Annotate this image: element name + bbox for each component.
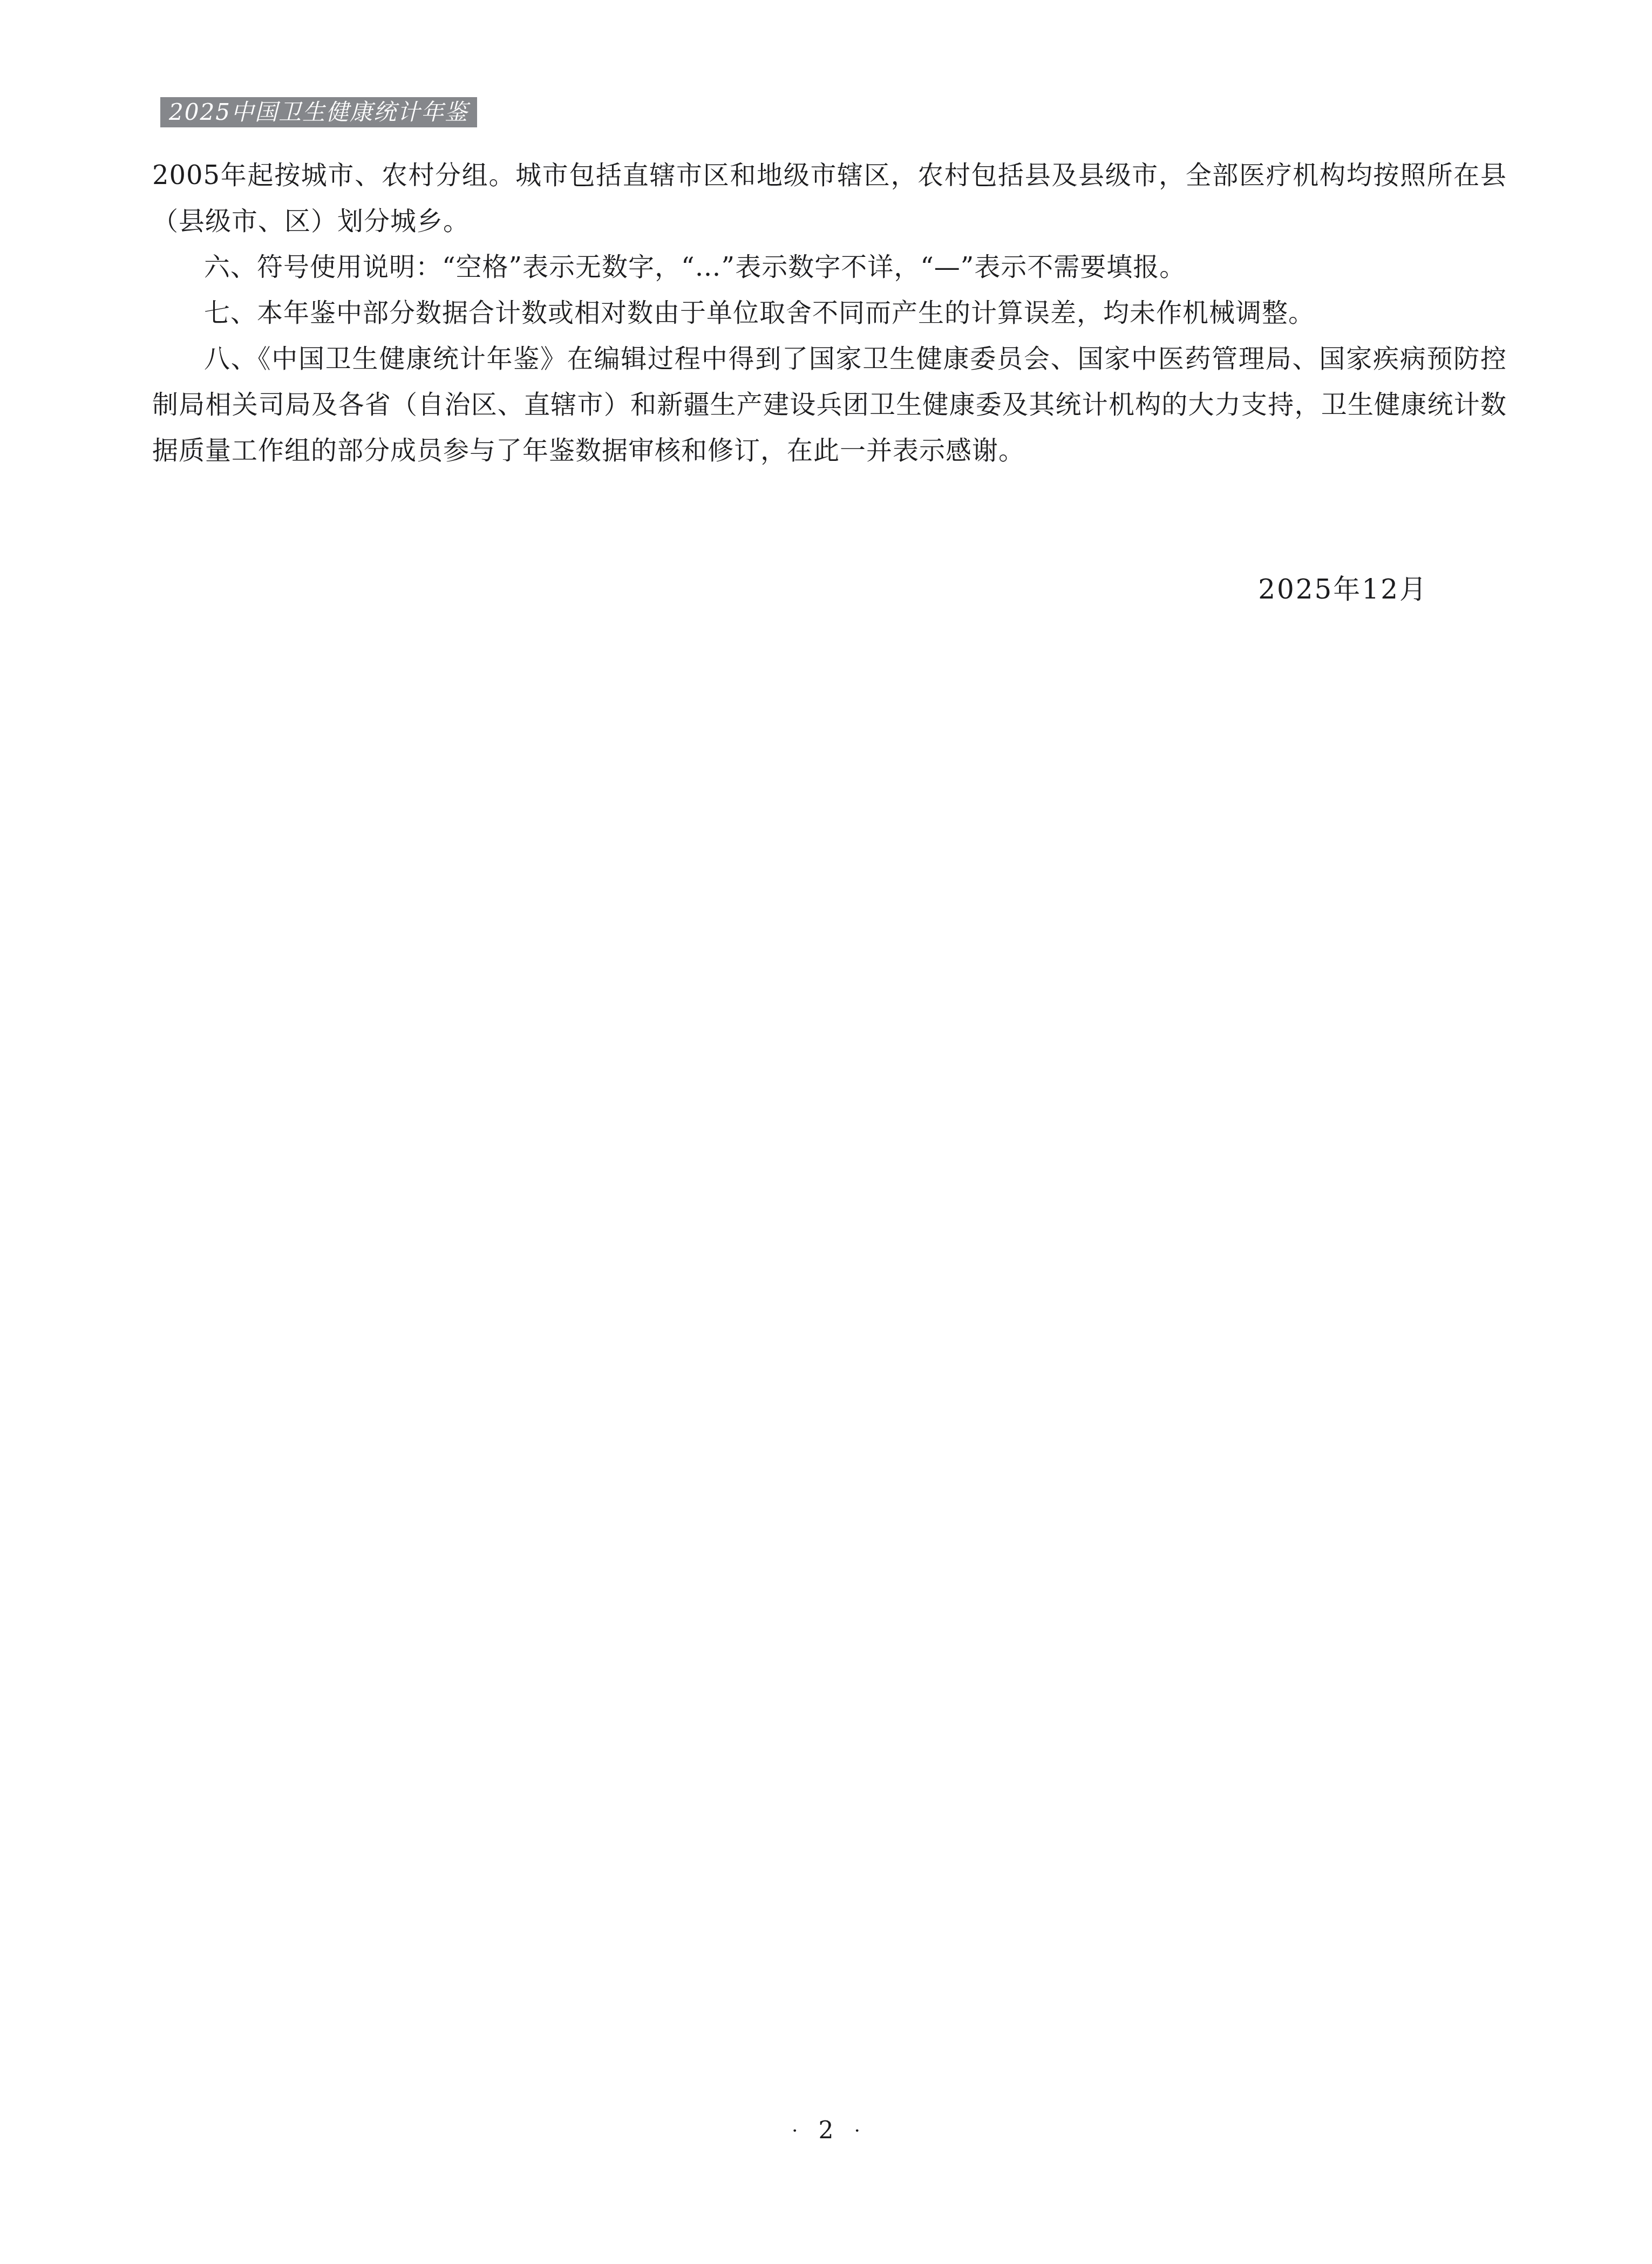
footer-separator-left: ·: [771, 2120, 818, 2142]
paragraph: 2005年起按城市、农村分组。城市包括直辖市区和地级市辖区，农村包括县及县级市，…: [152, 153, 1507, 244]
header-badge: 2025中国卫生健康统计年鉴: [160, 97, 477, 127]
footer-separator-right: ·: [834, 2120, 881, 2142]
date-line: 2025年12月: [1258, 573, 1428, 606]
paragraphs: 2005年起按城市、农村分组。城市包括直辖市区和地级市辖区，农村包括县及县级市，…: [152, 153, 1507, 474]
paragraph: 七、本年鉴中部分数据合计数或相对数由于单位取舍不同而产生的计算误差，均未作机械调…: [152, 290, 1507, 336]
paragraph: 六、符号使用说明：“空格”表示无数字，“…”表示数字不详，“—”表示不需要填报。: [152, 244, 1507, 290]
page-footer: ·2·: [0, 2115, 1652, 2147]
page-number: 2: [819, 2117, 834, 2144]
paragraph: 八、《中国卫生健康统计年鉴》在编辑过程中得到了国家卫生健康委员会、国家中医药管理…: [152, 336, 1507, 474]
document-page: 2025中国卫生健康统计年鉴 2005年起按城市、农村分组。城市包括直辖市区和地…: [0, 0, 1652, 2264]
